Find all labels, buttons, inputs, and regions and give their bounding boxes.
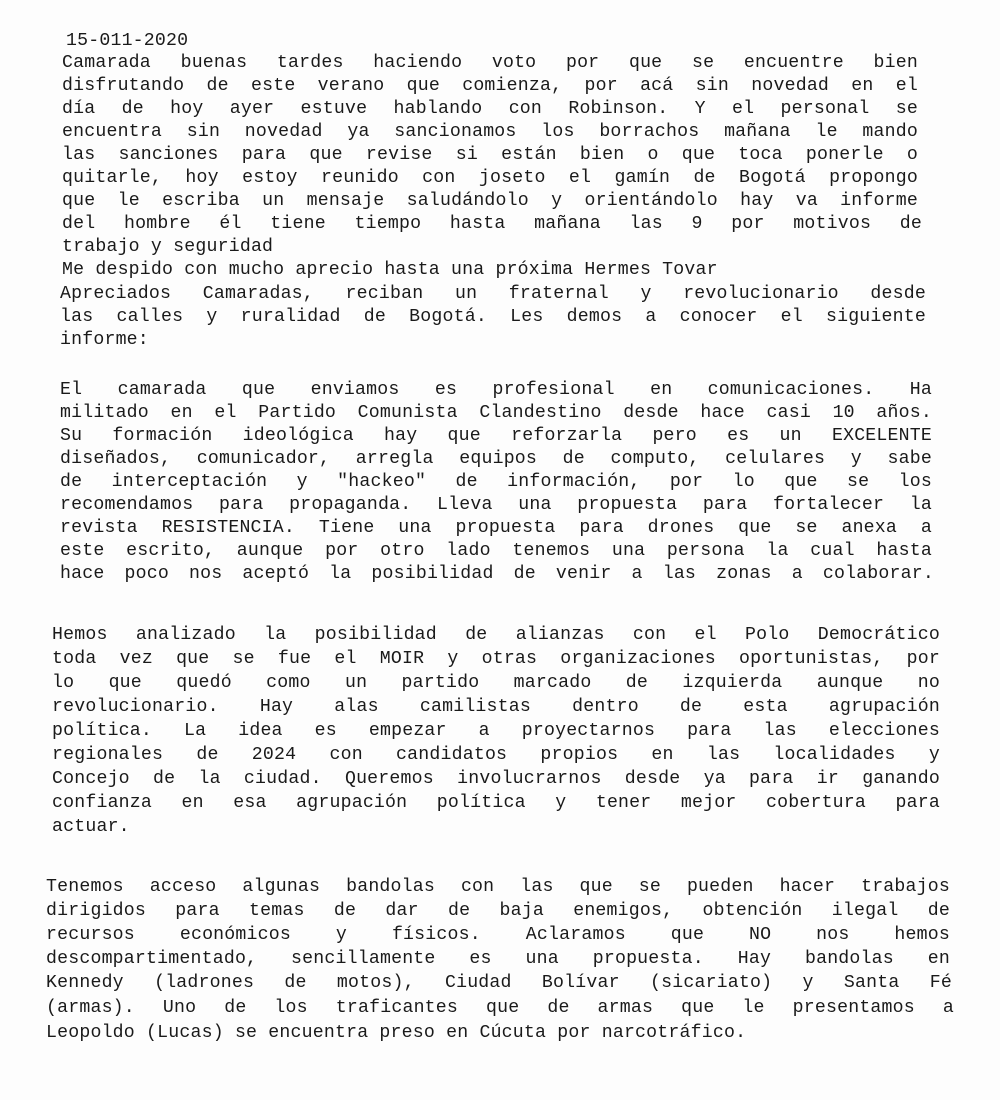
letter1-line: las sanciones para que revise si están b… xyxy=(62,144,918,166)
scanned-document: 15-011-2020 Camarada buenas tardes hacie… xyxy=(0,0,1000,1100)
paragraph3-line: Leopoldo (Lucas) se encuentra preso en C… xyxy=(46,1022,746,1044)
paragraph2-line: Hemos analizado la posibilidad de alianz… xyxy=(52,624,940,646)
paragraph2-line: confianza en esa agrupación política y t… xyxy=(52,792,940,814)
paragraph3-line: descompartimentado, sencillamente es una… xyxy=(46,948,950,970)
paragraph3-line: recursos económicos y físicos. Aclaramos… xyxy=(46,924,950,946)
paragraph2-line: actuar. xyxy=(52,816,130,838)
document-date: 15-011-2020 xyxy=(66,30,188,52)
paragraph2-line: regionales de 2024 con candidatos propio… xyxy=(52,744,940,766)
letter1-line: que le escriba un mensaje saludándolo y … xyxy=(62,190,918,212)
intro-line: las calles y ruralidad de Bogotá. Les de… xyxy=(60,306,926,328)
paragraph2-line: toda vez que se fue el MOIR y otras orga… xyxy=(52,648,940,670)
paragraph1-line: El camarada que enviamos es profesional … xyxy=(60,379,932,401)
paragraph1-line: revista RESISTENCIA. Tiene una propuesta… xyxy=(60,517,932,539)
paragraph2-line: Concejo de la ciudad. Queremos involucra… xyxy=(52,768,940,790)
letter1-signoff: Me despido con mucho aprecio hasta una p… xyxy=(62,259,718,281)
letter1-line: día de hoy ayer estuve hablando con Robi… xyxy=(62,98,918,120)
letter1-line: disfrutando de este verano que comienza,… xyxy=(62,75,918,97)
paragraph1-line: este escrito, aunque por otro lado tenem… xyxy=(60,540,932,562)
paragraph3-line: (armas). Uno de los traficantes que de a… xyxy=(46,997,954,1019)
paragraph2-line: política. La idea es empezar a proyectar… xyxy=(52,720,940,742)
letter1-line: encuentra sin novedad ya sancionamos los… xyxy=(62,121,918,143)
paragraph2-line: lo que quedó como un partido marcado de … xyxy=(52,672,940,694)
intro-line: Apreciados Camaradas, reciban un fratern… xyxy=(60,283,926,305)
paragraph3-line: dirigidos para temas de dar de baja enem… xyxy=(46,900,950,922)
letter1-line: Camarada buenas tardes haciendo voto por… xyxy=(62,52,918,74)
intro-line: informe: xyxy=(60,329,149,351)
paragraph1-line: diseñados, comunicador, arregla equipos … xyxy=(60,448,932,470)
paragraph1-line: recomendamos para propaganda. Lleva una … xyxy=(60,494,932,516)
paragraph1-line: hace poco nos aceptó la posibilidad de v… xyxy=(60,563,934,585)
letter1-line: trabajo y seguridad xyxy=(62,236,273,258)
paragraph1-line: militado en el Partido Comunista Clandes… xyxy=(60,402,932,424)
paragraph3-line: Kennedy (ladrones de motos), Ciudad Bolí… xyxy=(46,972,952,994)
letter1-line: quitarle, hoy estoy reunido con joseto e… xyxy=(62,167,918,189)
letter1-line: del hombre él tiene tiempo hasta mañana … xyxy=(62,213,922,235)
paragraph1-line: de interceptación y "hackeo" de informac… xyxy=(60,471,932,493)
paragraph3-line: Tenemos acceso algunas bandolas con las … xyxy=(46,876,950,898)
paragraph1-line: Su formación ideológica hay que reforzar… xyxy=(60,425,932,447)
paragraph2-line: revolucionario. Hay alas camilistas dent… xyxy=(52,696,940,718)
